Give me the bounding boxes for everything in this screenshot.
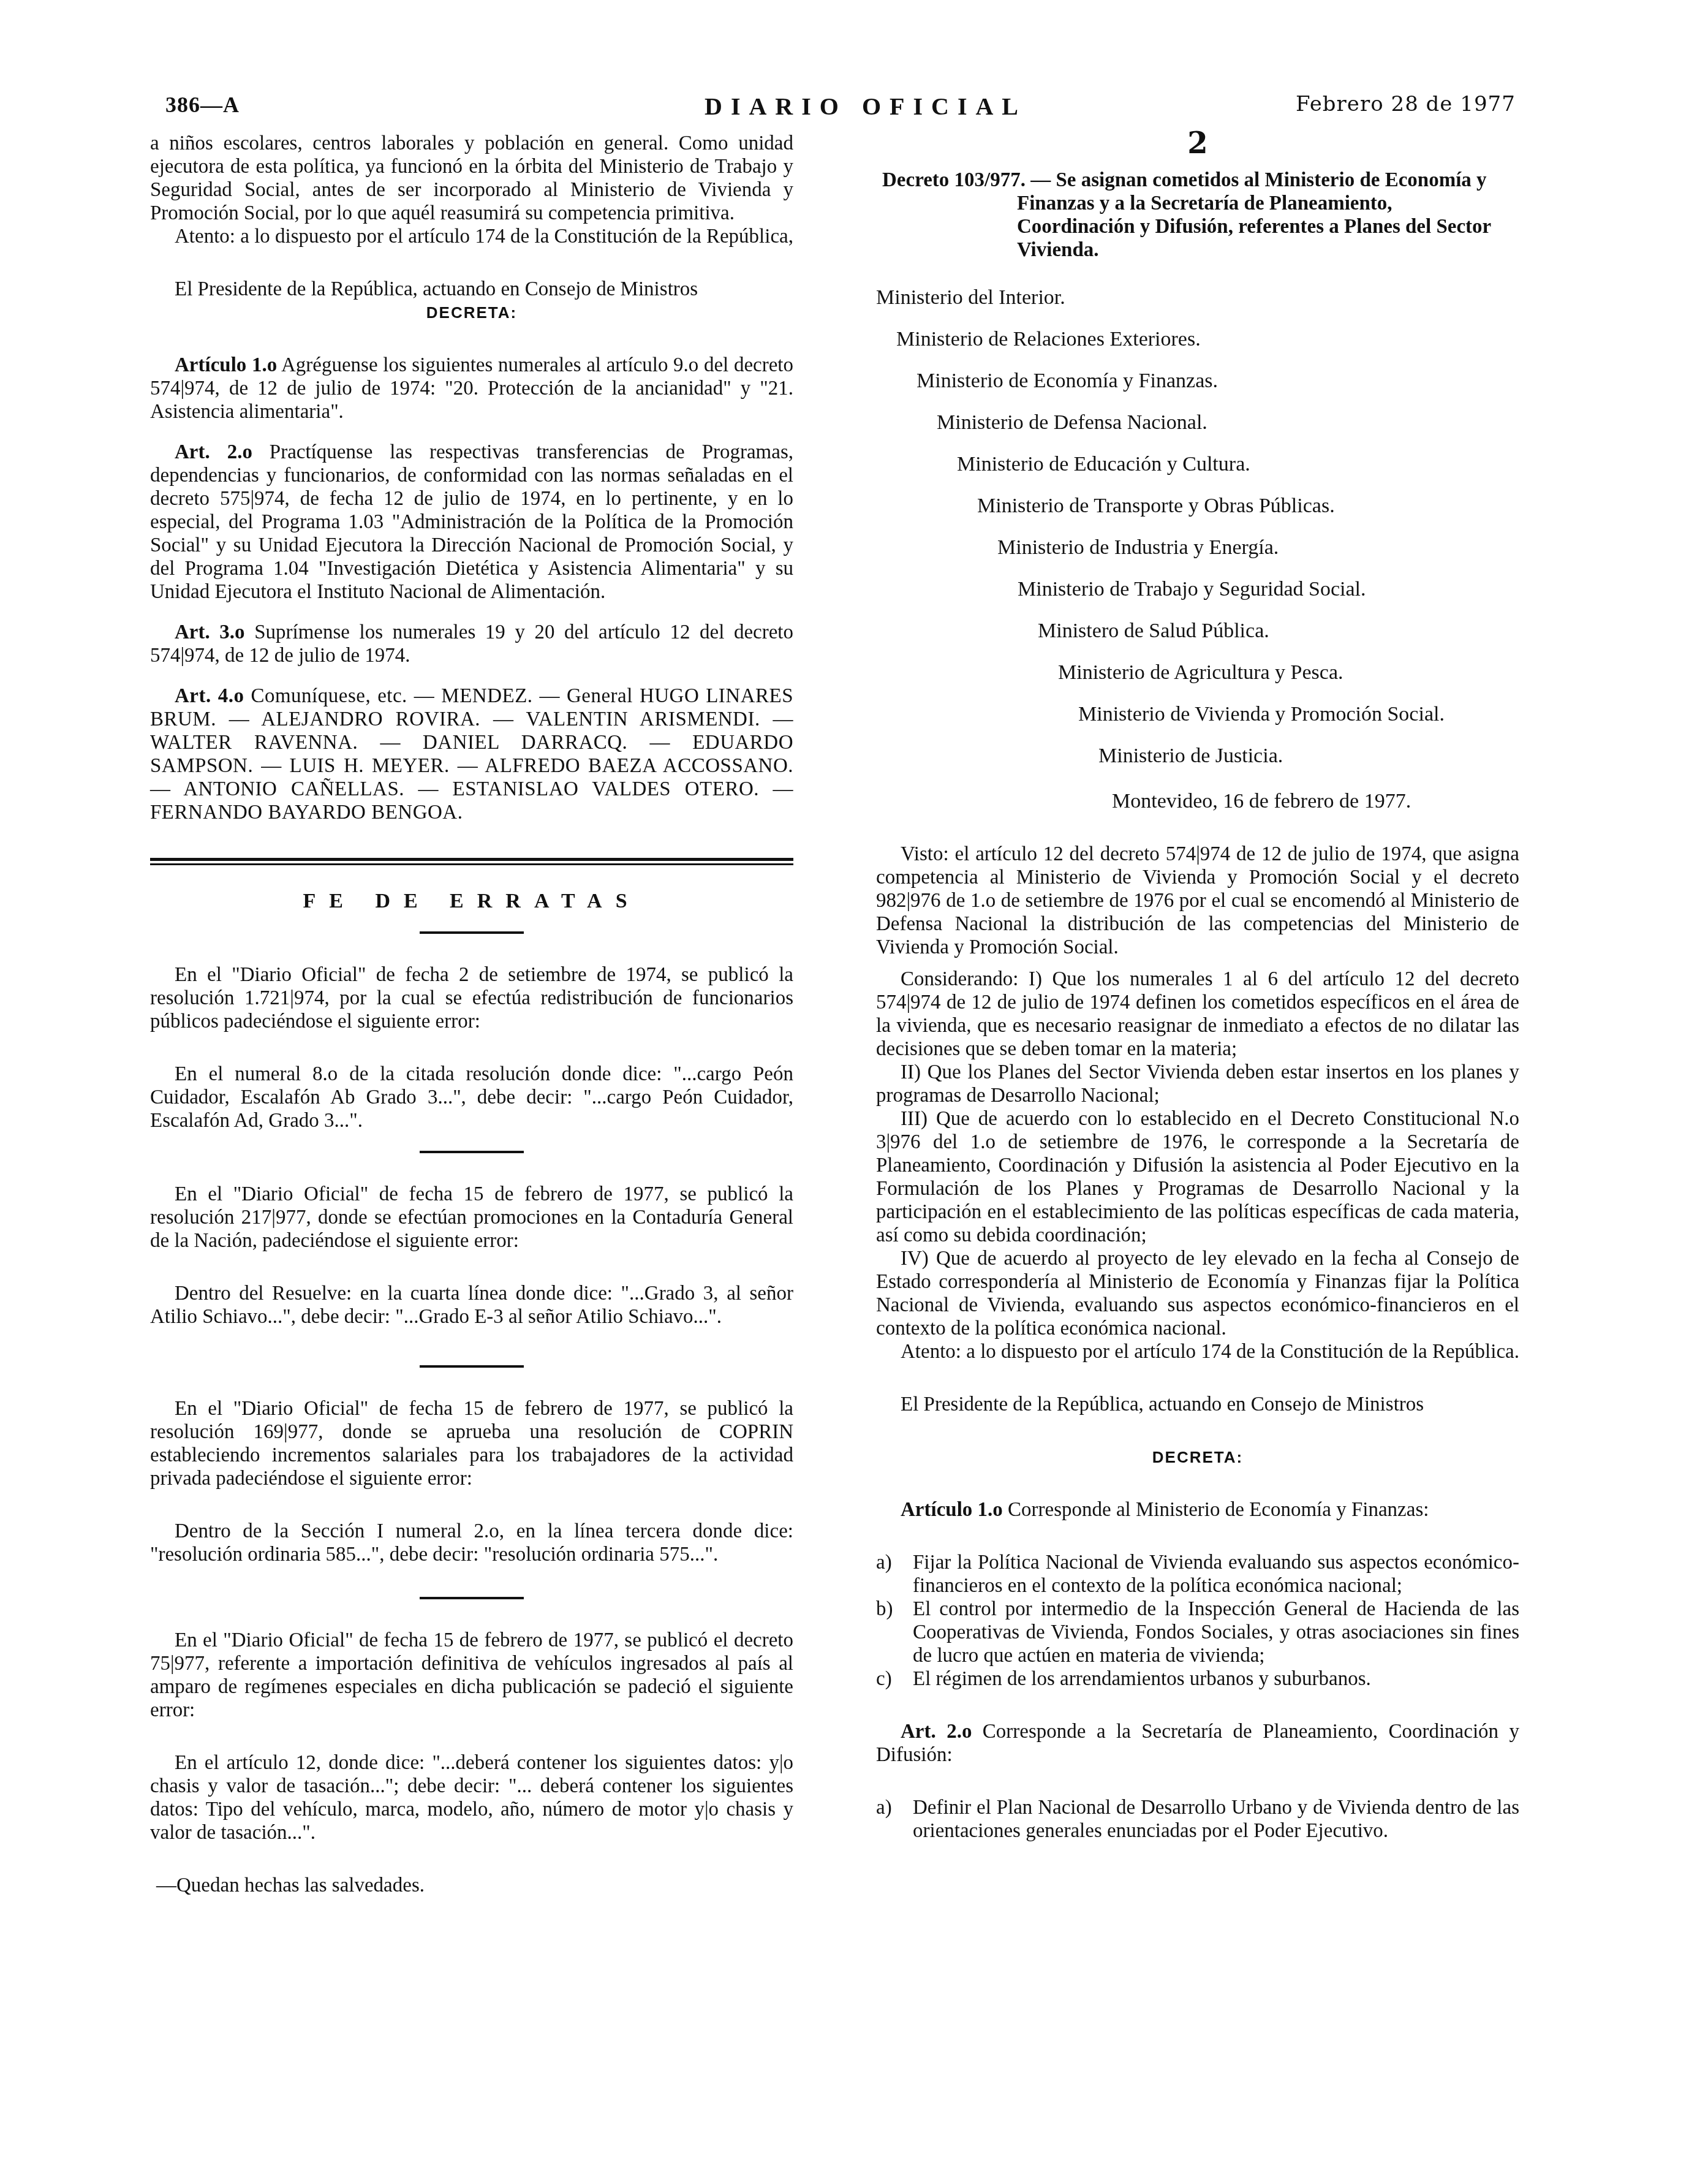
section-number: 2 (876, 132, 1519, 155)
ministry-line: Ministerio de Educación y Cultura. (876, 453, 1519, 476)
decreta-heading: DECRETA: (876, 1445, 1519, 1469)
place-date: Montevideo, 16 de febrero de 1977. (876, 790, 1519, 813)
considerando-4: IV) Que de acuerdo al proyecto de ley el… (876, 1247, 1519, 1340)
article-1: Artículo 1.o Corresponde al Ministerio d… (876, 1498, 1519, 1521)
errata-4-correction: En el artículo 12, donde dice: "...deber… (150, 1751, 793, 1844)
ministry-line: Ministerio de Justicia. (876, 745, 1519, 768)
ministry-line: Ministerio del Interior. (876, 286, 1519, 309)
issue-date: Febrero 28 de 1977 (1296, 92, 1516, 116)
errata-3-intro: En el "Diario Oficial" de fecha 15 de fe… (150, 1397, 793, 1490)
article-2: Art. 2.o Practíquense las respectivas tr… (150, 441, 793, 604)
erratas-heading: FE DE ERRATAS (150, 890, 793, 913)
presidente-paragraph: El Presidente de la República, actuando … (150, 278, 793, 301)
list-item: a)Definir el Plan Nacional de Desarrollo… (876, 1796, 1519, 1843)
errata-3-correction: Dentro de la Sección I numeral 2.o, en l… (150, 1520, 793, 1566)
article-2: Art. 2.o Corresponde a la Secretaría de … (876, 1720, 1519, 1767)
short-divider (420, 931, 524, 934)
errata-4-intro: En el "Diario Oficial" de fecha 15 de fe… (150, 1629, 793, 1722)
list-item: c)El régimen de los arrendamientos urban… (876, 1667, 1519, 1691)
ministry-line: Ministerio de Defensa Nacional. (876, 411, 1519, 434)
decreta-heading: DECRETA: (150, 301, 793, 324)
ministry-line: Ministerio de Vivienda y Promoción Socia… (876, 703, 1519, 726)
considerando-2: II) Que los Planes del Sector Vivienda d… (876, 1061, 1519, 1107)
article-1: Artículo 1.o Agréguense los siguientes n… (150, 354, 793, 423)
ministry-line: Ministerio de Industria y Energía. (876, 536, 1519, 559)
article-2-items: a)Definir el Plan Nacional de Desarrollo… (876, 1796, 1519, 1843)
erratas-closing: —Quedan hechas las salvedades. (150, 1874, 793, 1897)
signatures: — MENDEZ. — General HUGO LINARES BRUM. —… (150, 685, 793, 824)
ministry-line: Ministerio de Transporte y Obras Pública… (876, 494, 1519, 518)
page-number: 386—A (165, 92, 240, 118)
list-item: a)Fijar la Política Nacional de Vivienda… (876, 1551, 1519, 1597)
article-4: Art. 4.o Comuníquese, etc. — MENDEZ. — G… (150, 684, 793, 824)
ministry-line: Ministerio de Agricultura y Pesca. (876, 661, 1519, 684)
errata-1-correction: En el numeral 8.o de la citada resolució… (150, 1063, 793, 1132)
short-divider (420, 1597, 524, 1599)
list-item: b)El control por intermedio de la Inspec… (876, 1597, 1519, 1667)
ministry-line: Ministerio de Relaciones Exteriores. (876, 328, 1519, 351)
ministry-line: Ministerio de Economía y Finanzas. (876, 369, 1519, 393)
errata-2-intro: En el "Diario Oficial" de fecha 15 de fe… (150, 1183, 793, 1252)
atento-paragraph: Atento: a lo dispuesto por el artículo 1… (150, 225, 793, 248)
short-divider (420, 1151, 524, 1153)
article-3: Art. 3.o Suprímense los numerales 19 y 2… (150, 621, 793, 667)
considerando-3: III) Que de acuerdo con lo establecido e… (876, 1107, 1519, 1247)
article-1-items: a)Fijar la Política Nacional de Vivienda… (876, 1551, 1519, 1691)
right-column: 2 Decreto 103/977. — Se asignan cometido… (876, 132, 1519, 1843)
ministry-line: Ministerio de Trabajo y Seguridad Social… (876, 578, 1519, 601)
atento-paragraph: Atento: a lo dispuesto por el artículo 1… (876, 1340, 1519, 1363)
left-column: a niños escolares, centros laborales y p… (150, 132, 793, 1897)
visto-paragraph: Visto: el artículo 12 del decreto 574|97… (876, 843, 1519, 959)
ministry-line: Ministero de Salud Pública. (876, 619, 1519, 643)
errata-1-intro: En el "Diario Oficial" de fecha 2 de set… (150, 963, 793, 1033)
decree-title: Decreto 103/977. — Se asignan cometidos … (882, 169, 1501, 262)
considerando-1: Considerando: I) Que los numerales 1 al … (876, 968, 1519, 1061)
ministries-list: Ministerio del Interior.Ministerio de Re… (876, 286, 1519, 768)
short-divider (420, 1365, 524, 1368)
section-divider (150, 858, 793, 865)
publication-title: DIARIO OFICIAL (705, 92, 1027, 121)
continuation-paragraph: a niños escolares, centros laborales y p… (150, 132, 793, 225)
presidente-paragraph: El Presidente de la República, actuando … (876, 1393, 1519, 1416)
errata-2-correction: Dentro del Resuelve: en la cuarta línea … (150, 1282, 793, 1328)
